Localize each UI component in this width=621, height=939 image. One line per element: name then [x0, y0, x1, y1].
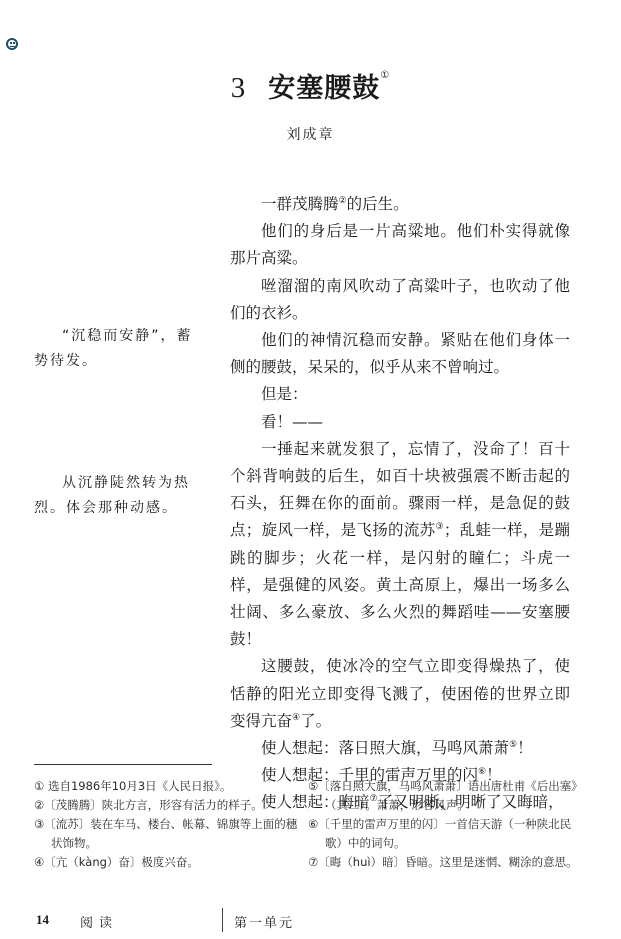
footnote: ⑤〔落日照大旗，马鸣风萧萧〕语出唐杜甫《后出塞》（其二）。萧萧，形容风声。 — [308, 777, 578, 815]
margin-note: 从沉静陡然转为热烈。体会那种动感。 — [34, 471, 194, 521]
author: 刘成章 — [0, 124, 621, 144]
footnote: ① 选自1986年10月3日《人民日报》。 — [34, 777, 304, 796]
footnote: ③〔流苏〕装在车马、楼台、帐幕、锦旗等上面的穗状饰物。 — [34, 815, 304, 853]
footnote: ②〔茂腾腾〕陕北方言，形容有活力的样子。 — [34, 796, 304, 815]
paragraph: 咝溜溜的南风吹动了高粱叶子，也吹动了他们的衣衫。 — [230, 273, 570, 327]
smiley-icon — [6, 38, 18, 50]
title-text: 安塞腰鼓 — [268, 73, 380, 104]
paragraph: 使人想起：落日照大旗，马鸣风萧萧⑤！ — [230, 735, 570, 762]
title-footnote-marker: ① — [380, 70, 390, 81]
footnote: ⑦〔晦（huì）暗〕昏暗。这里是迷惘、糊涂的意思。 — [308, 853, 578, 872]
unit-label: 第一单元 — [234, 912, 294, 931]
paragraph: 看！—— — [230, 409, 570, 436]
paragraph: 他们的身后是一片高粱地。他们朴实得就像那片高粱。 — [230, 218, 570, 272]
paragraph: 但是： — [230, 381, 570, 408]
page-title: 3安塞腰鼓① — [0, 66, 621, 105]
article-body: 一群茂腾腾②的后生。 他们的身后是一片高粱地。他们朴实得就像那片高粱。 咝溜溜的… — [230, 191, 570, 817]
margin-note: “沉稳而安静”，蓄势待发。 — [34, 324, 194, 374]
footnote: ⑥〔千里的雷声万里的闪〕一首信天游（一种陕北民歌）中的词句。 — [308, 815, 578, 853]
paragraph: 一捶起来就发狠了，忘情了，没命了！百十个斜背响鼓的后生，如百十块被强震不断击起的… — [230, 436, 570, 654]
paragraph: 一群茂腾腾②的后生。 — [230, 191, 570, 218]
footnotes-right: ⑤〔落日照大旗，马鸣风萧萧〕语出唐杜甫《后出塞》（其二）。萧萧，形容风声。 ⑥〔… — [308, 777, 578, 872]
paragraph: 他们的神情沉稳而安静。紧贴在他们身体一侧的腰鼓，呆呆的，似乎从来不曾响过。 — [230, 327, 570, 381]
footer-divider — [222, 908, 223, 932]
paragraph: 这腰鼓，使冰冷的空气立即变得燥热了，使恬静的阳光立即变得飞溅了，使困倦的世界立即… — [230, 653, 570, 735]
section-label: 阅读 — [80, 912, 118, 931]
page-number: 14 — [36, 912, 49, 928]
footnote-divider — [34, 764, 212, 765]
lesson-number: 3 — [231, 72, 247, 104]
footnotes-left: ① 选自1986年10月3日《人民日报》。 ②〔茂腾腾〕陕北方言，形容有活力的样… — [34, 777, 304, 872]
footnote: ④〔亢（kàng）奋〕极度兴奋。 — [34, 853, 304, 872]
